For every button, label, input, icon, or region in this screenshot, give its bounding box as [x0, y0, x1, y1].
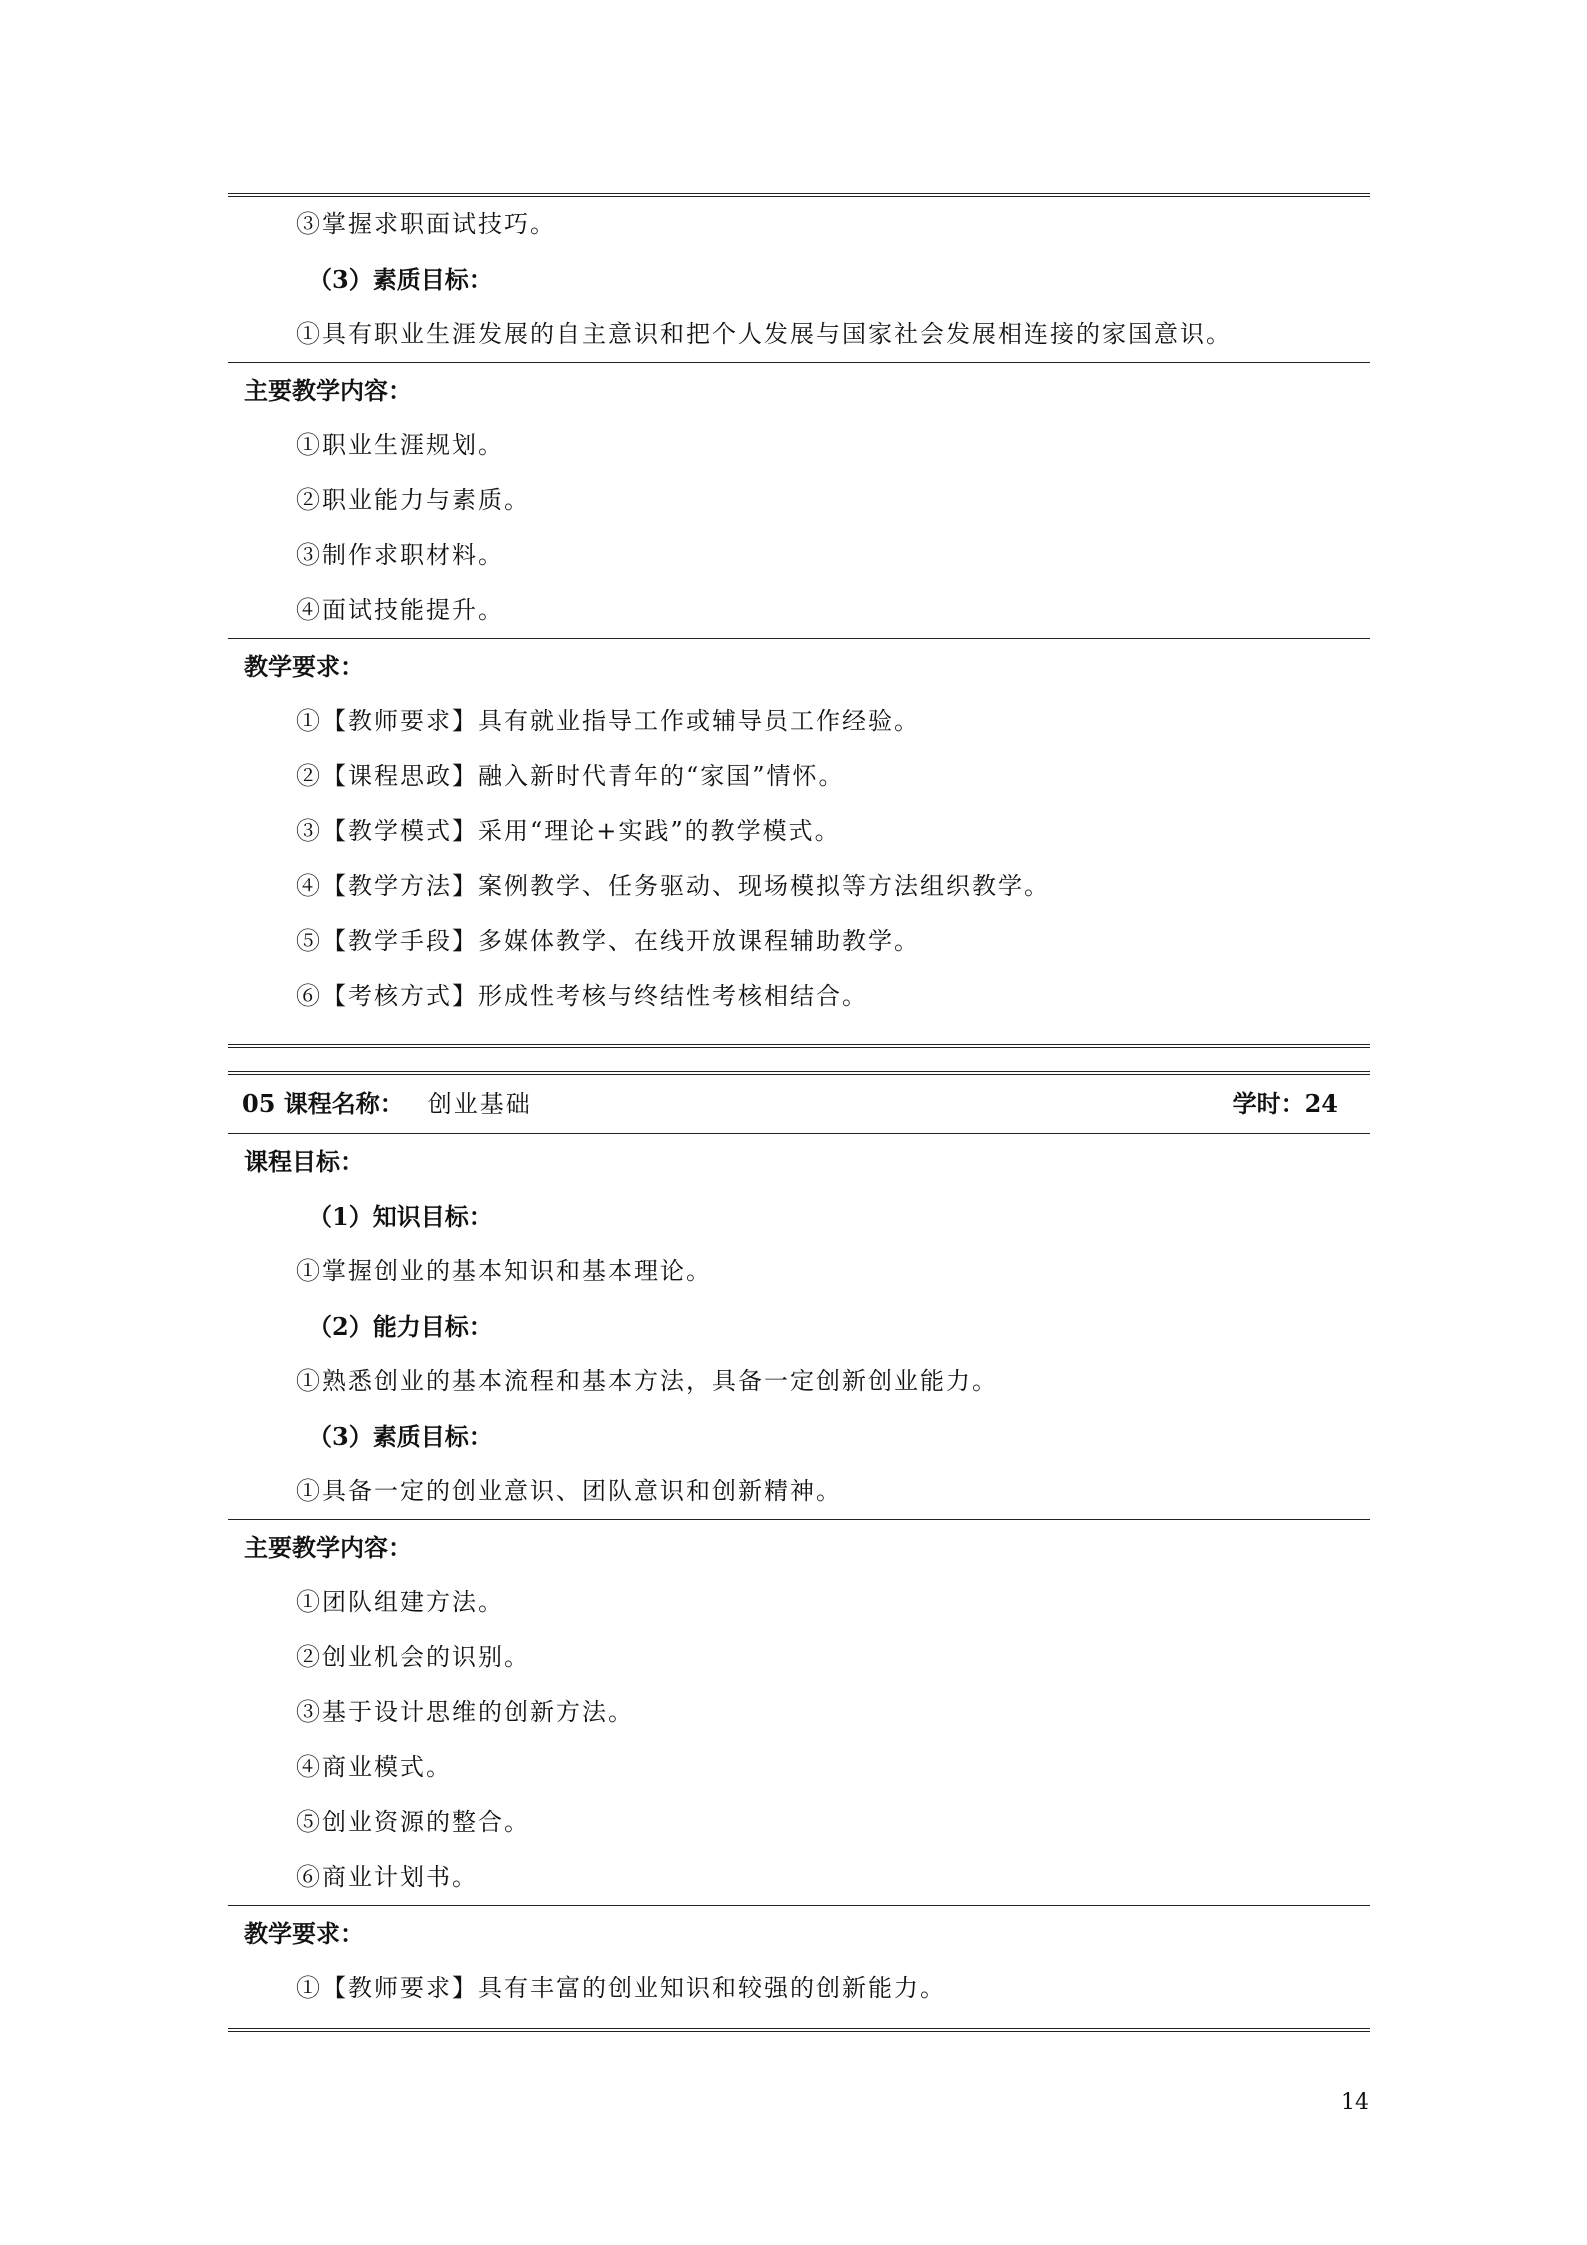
course-hours: 学时：24 [1233, 1075, 1338, 1133]
ability-objective-item: ①熟悉创业的基本流程和基本方法，具备一定创新创业能力。 [228, 1354, 1370, 1409]
requirement-item: ⑥【考核方式】形成性考核与终结性考核相结合。 [228, 969, 1370, 1024]
content-item: ③制作求职材料。 [228, 528, 1370, 583]
objective-item: ③掌握求职面试技巧。 [228, 197, 1370, 252]
knowledge-objective-heading: （1）知识目标： [228, 1189, 1370, 1244]
content-item: ⑤创业资源的整合。 [228, 1795, 1370, 1850]
teaching-requirements-label: 教学要求： [228, 1906, 1370, 1961]
teaching-content-label: 主要教学内容： [228, 1520, 1370, 1575]
requirement-item: ④【教学方法】案例教学、任务驱动、现场模拟等方法组织教学。 [228, 859, 1370, 914]
quality-objective-heading: （3）素质目标： [228, 1409, 1370, 1464]
content-item: ③基于设计思维的创新方法。 [228, 1685, 1370, 1740]
content-item: ②创业机会的识别。 [228, 1630, 1370, 1685]
content-item: ⑥商业计划书。 [228, 1850, 1370, 1905]
course-name-label: 05 课程名称： [242, 1089, 404, 1118]
course-header: 05 课程名称：创业基础 学时：24 [228, 1075, 1370, 1133]
course-block-04-continued: ③掌握求职面试技巧。 （3）素质目标： ①具有职业生涯发展的自主意识和把个人发展… [228, 193, 1370, 1048]
table-bottom-border [228, 1044, 1370, 1048]
content-item: ④面试技能提升。 [228, 583, 1370, 638]
table-bottom-border [228, 2028, 1370, 2032]
course-name-field: 05 课程名称：创业基础 [242, 1075, 532, 1133]
content-item: ②职业能力与素质。 [228, 473, 1370, 528]
requirement-item: ①【教师要求】具有就业指导工作或辅导员工作经验。 [228, 694, 1370, 749]
requirement-item: ⑤【教学手段】多媒体教学、在线开放课程辅助教学。 [228, 914, 1370, 969]
teaching-requirements-label: 教学要求： [228, 639, 1370, 694]
course-name-value: 创业基础 [428, 1090, 532, 1118]
quality-objective-heading: （3）素质目标： [228, 252, 1370, 307]
content-item: ①职业生涯规划。 [228, 418, 1370, 473]
page-number: 14 [1341, 2090, 1369, 2115]
quality-objective-item: ①具备一定的创业意识、团队意识和创新精神。 [228, 1464, 1370, 1519]
teaching-content-label: 主要教学内容： [228, 363, 1370, 418]
quality-objective-item: ①具有职业生涯发展的自主意识和把个人发展与国家社会发展相连接的家国意识。 [228, 307, 1370, 362]
requirement-item: ①【教师要求】具有丰富的创业知识和较强的创新能力。 [228, 1961, 1370, 2016]
requirement-item: ②【课程思政】融入新时代青年的“家国”情怀。 [228, 749, 1370, 804]
content-item: ①团队组建方法。 [228, 1575, 1370, 1630]
knowledge-objective-item: ①掌握创业的基本知识和基本理论。 [228, 1244, 1370, 1299]
content-item: ④商业模式。 [228, 1740, 1370, 1795]
requirement-item: ③【教学模式】采用“理论+实践”的教学模式。 [228, 804, 1370, 859]
course-block-05: 05 课程名称：创业基础 学时：24 课程目标： （1）知识目标： ①掌握创业的… [228, 1071, 1370, 2032]
ability-objective-heading: （2）能力目标： [228, 1299, 1370, 1354]
course-objectives-label: 课程目标： [228, 1134, 1370, 1189]
